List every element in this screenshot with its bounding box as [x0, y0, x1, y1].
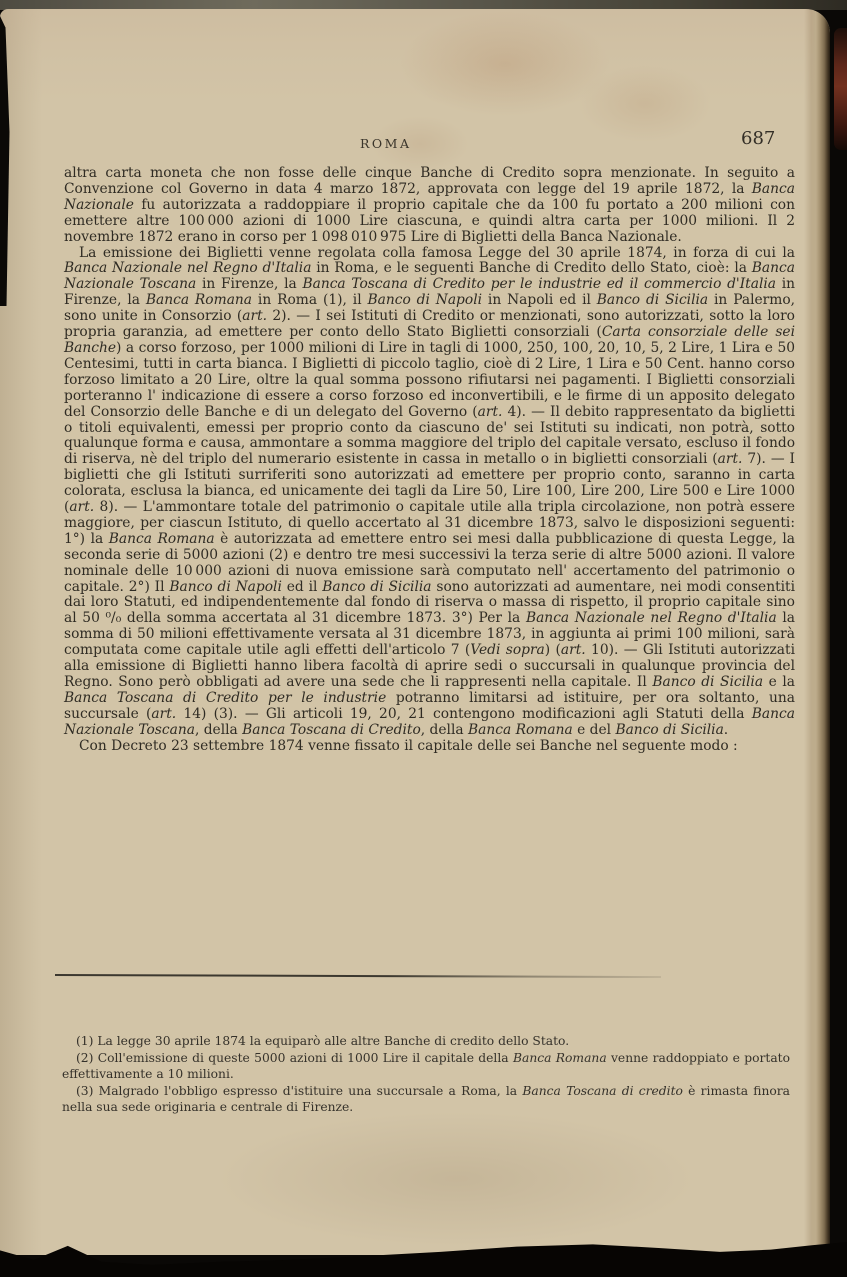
body-paragraph: La emissione dei Biglietti venne regolat… [64, 246, 795, 739]
body-text: altra carta moneta che non fosse delle c… [64, 166, 795, 755]
body-paragraph: Con Decreto 23 settembre 1874 venne fiss… [64, 739, 795, 755]
footnote-divider-rule [55, 974, 661, 978]
scan-background: ROMA 687 altra carta moneta che non foss… [0, 0, 847, 1277]
footnotes: (1) La legge 30 aprile 1874 la equiparò … [62, 1033, 790, 1116]
page-stack-edge [804, 9, 830, 1255]
body-paragraph: altra carta moneta che non fosse delle c… [64, 166, 795, 246]
page-number: 687 [741, 128, 775, 149]
bookmark-strap [834, 28, 847, 150]
footnote: (2) Coll'emissione di queste 5000 azioni… [62, 1050, 790, 1083]
footnote: (1) La legge 30 aprile 1874 la equiparò … [62, 1033, 790, 1050]
footnote: (3) Malgrado l'obbligo espresso d'istitu… [62, 1083, 790, 1116]
running-title: ROMA [360, 136, 412, 151]
book-page: ROMA 687 altra carta moneta che non foss… [0, 9, 830, 1255]
